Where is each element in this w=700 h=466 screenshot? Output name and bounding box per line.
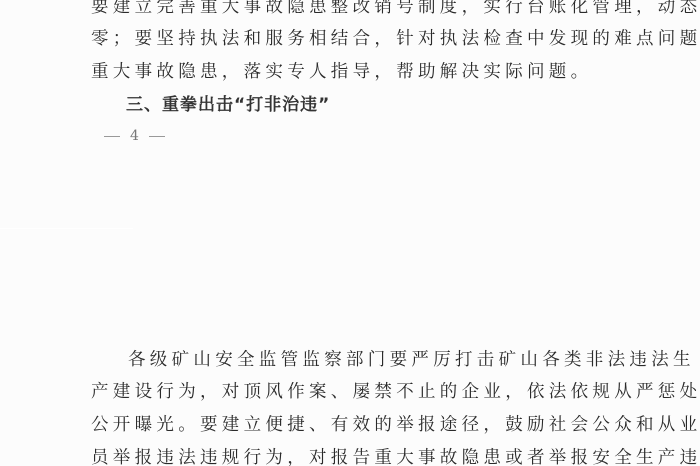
paragraph-line: 零；要坚持执法和服务相结合，针对执法检查中发现的难点问题和 <box>91 28 616 50</box>
paragraph-line: 要建立完善重大事故隐患整改销号制度，实行台账化管理，动态清 <box>91 0 616 18</box>
paragraph-line: 公开曝光。要建立便捷、有效的举报途径，鼓励社会公众和从业人 <box>91 414 616 436</box>
paragraph-line: 员举报违法违规行为，对报告重大事故隐患或者举报安全生产违 <box>91 447 616 466</box>
page-number-value: 4 <box>130 128 139 144</box>
page-number: 4 <box>104 128 165 144</box>
dash-left <box>104 136 120 137</box>
document-page-4: 要建立完善重大事故隐患整改销号制度，实行台账化管理，动态清 零；要坚持执法和服务… <box>0 0 700 228</box>
paragraph-line: 各级矿山安全监管监察部门要严厉打击矿山各类非法违法生 <box>128 349 618 371</box>
document-page-5: 各级矿山安全监管监察部门要严厉打击矿山各类非法违法生 产建设行为，对顶风作案、屡… <box>0 229 700 466</box>
paragraph-line: 产建设行为，对顶风作案、屡禁不止的企业，依法依规从严惩处并 <box>91 381 616 403</box>
paragraph-line: 重大事故隐患，落实专人指导，帮助解决实际问题。 <box>91 61 616 83</box>
section-heading: 三、重拳出击“打非治违” <box>126 94 330 116</box>
dash-right <box>149 136 165 137</box>
